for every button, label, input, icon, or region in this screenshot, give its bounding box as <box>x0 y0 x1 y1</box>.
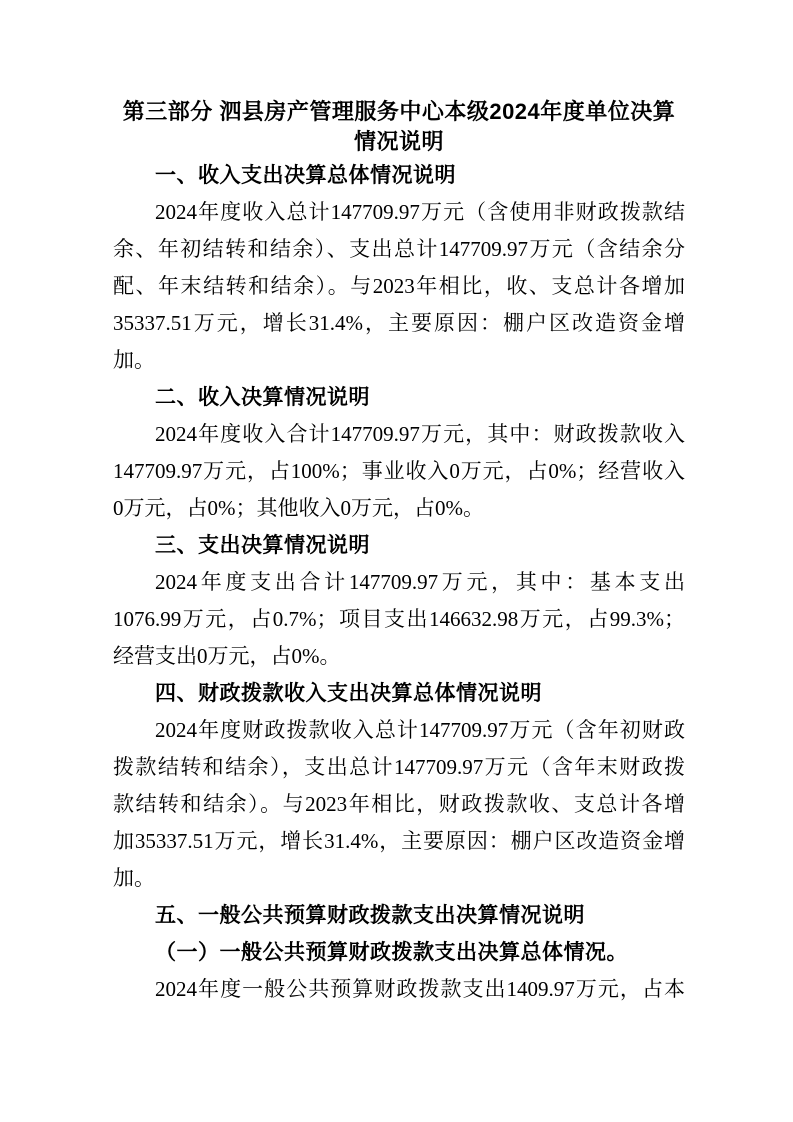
paragraph-line: 147709.97万元，占100%；事业收入0万元，占0%；经营收入 <box>113 453 685 490</box>
paragraph: 2024年度收入合计147709.97万元，其中：财政拨款收入 147709.9… <box>113 416 685 527</box>
paragraph: 2024年度一般公共预算财政拨款支出1409.97万元，占本 <box>113 971 685 1008</box>
paragraph-line: 款结转和结余）。与2023年相比，财政拨款收、支总计各增 <box>113 786 685 823</box>
section-4: 四、财政拨款收入支出决算总体情况说明 2024年度财政拨款收入总计147709.… <box>113 675 685 897</box>
paragraph-line: 2024年度财政拨款收入总计147709.97万元（含年初财政 <box>113 712 685 749</box>
paragraph-line: 拨款结转和结余），支出总计147709.97万元（含年末财政拨 <box>113 749 685 786</box>
paragraph-line: 2024年度一般公共预算财政拨款支出1409.97万元，占本 <box>113 971 685 1008</box>
section-1: 一、收入支出决算总体情况说明 2024年度收入总计147709.97万元（含使用… <box>113 157 685 379</box>
document-title: 第三部分 泗县房产管理服务中心本级2024年度单位决算 情况说明 <box>113 97 685 157</box>
paragraph-line: 配、年末结转和结余）。与2023年相比，收、支总计各增加 <box>113 268 685 305</box>
document-body: 一、收入支出决算总体情况说明 2024年度收入总计147709.97万元（含使用… <box>113 157 685 1008</box>
paragraph-line: 2024年度收入总计147709.97万元（含使用非财政拨款结 <box>113 194 685 231</box>
section-2: 二、收入决算情况说明 2024年度收入合计147709.97万元，其中：财政拨款… <box>113 379 685 527</box>
paragraph-line: 2024年度支出合计147709.97万元，其中：基本支出 <box>113 564 685 601</box>
paragraph: 2024年度收入总计147709.97万元（含使用非财政拨款结 余、年初结转和结… <box>113 194 685 379</box>
section-3-heading: 三、支出决算情况说明 <box>113 527 685 564</box>
title-line-2: 情况说明 <box>113 127 685 157</box>
paragraph-line: 加。 <box>113 860 685 897</box>
paragraph: 2024年度支出合计147709.97万元，其中：基本支出 1076.99万元，… <box>113 564 685 675</box>
paragraph-line: 0万元，占0%；其他收入0万元，占0%。 <box>113 490 685 527</box>
paragraph-line: 经营支出0万元，占0%。 <box>113 638 685 675</box>
paragraph-line: 1076.99万元，占0.7%；项目支出146632.98万元，占99.3%； <box>113 601 685 638</box>
section-5-heading: 五、一般公共预算财政拨款支出决算情况说明 <box>113 897 685 934</box>
section-5: 五、一般公共预算财政拨款支出决算情况说明 （一）一般公共预算财政拨款支出决算总体… <box>113 897 685 1008</box>
paragraph-line: 35337.51万元，增长31.4%，主要原因：棚户区改造资金增 <box>113 305 685 342</box>
paragraph-line: 2024年度收入合计147709.97万元，其中：财政拨款收入 <box>113 416 685 453</box>
section-3: 三、支出决算情况说明 2024年度支出合计147709.97万元，其中：基本支出… <box>113 527 685 675</box>
section-5-subheading: （一）一般公共预算财政拨款支出决算总体情况。 <box>113 934 685 971</box>
paragraph-line: 加。 <box>113 342 685 379</box>
document-page: 第三部分 泗县房产管理服务中心本级2024年度单位决算 情况说明 一、收入支出决… <box>0 0 793 1122</box>
section-2-heading: 二、收入决算情况说明 <box>113 379 685 416</box>
title-line-1: 第三部分 泗县房产管理服务中心本级2024年度单位决算 <box>113 97 685 127</box>
section-4-heading: 四、财政拨款收入支出决算总体情况说明 <box>113 675 685 712</box>
section-1-heading: 一、收入支出决算总体情况说明 <box>113 157 685 194</box>
paragraph-line: 加35337.51万元，增长31.4%，主要原因：棚户区改造资金增 <box>113 823 685 860</box>
paragraph-line: 余、年初结转和结余）、支出总计147709.97万元（含结余分 <box>113 231 685 268</box>
paragraph: 2024年度财政拨款收入总计147709.97万元（含年初财政 拨款结转和结余）… <box>113 712 685 897</box>
